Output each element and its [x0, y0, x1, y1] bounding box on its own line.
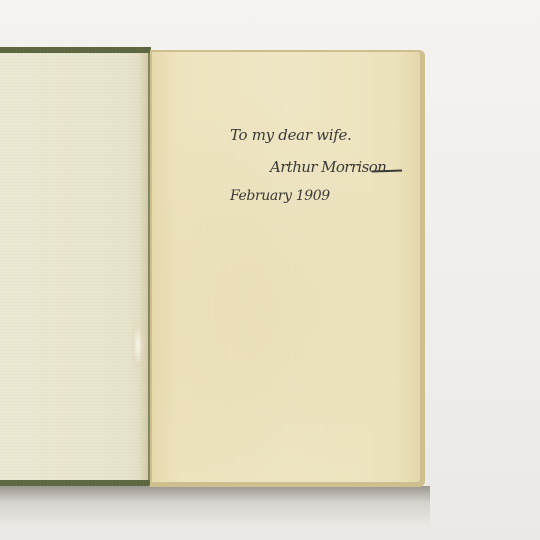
hinge-tear: [132, 320, 144, 370]
signature-flourish: [372, 169, 402, 172]
inscription-signature: Arthur Morrison: [270, 158, 386, 176]
inscription-date: February 1909: [230, 188, 330, 204]
handwritten-inscription: To my dear wife. Arthur Morrison Februar…: [230, 118, 430, 218]
front-endpaper: [0, 53, 148, 480]
flyleaf-page: [152, 52, 420, 482]
book-shadow: [0, 486, 430, 526]
inscription-dedication: To my dear wife.: [230, 126, 352, 144]
